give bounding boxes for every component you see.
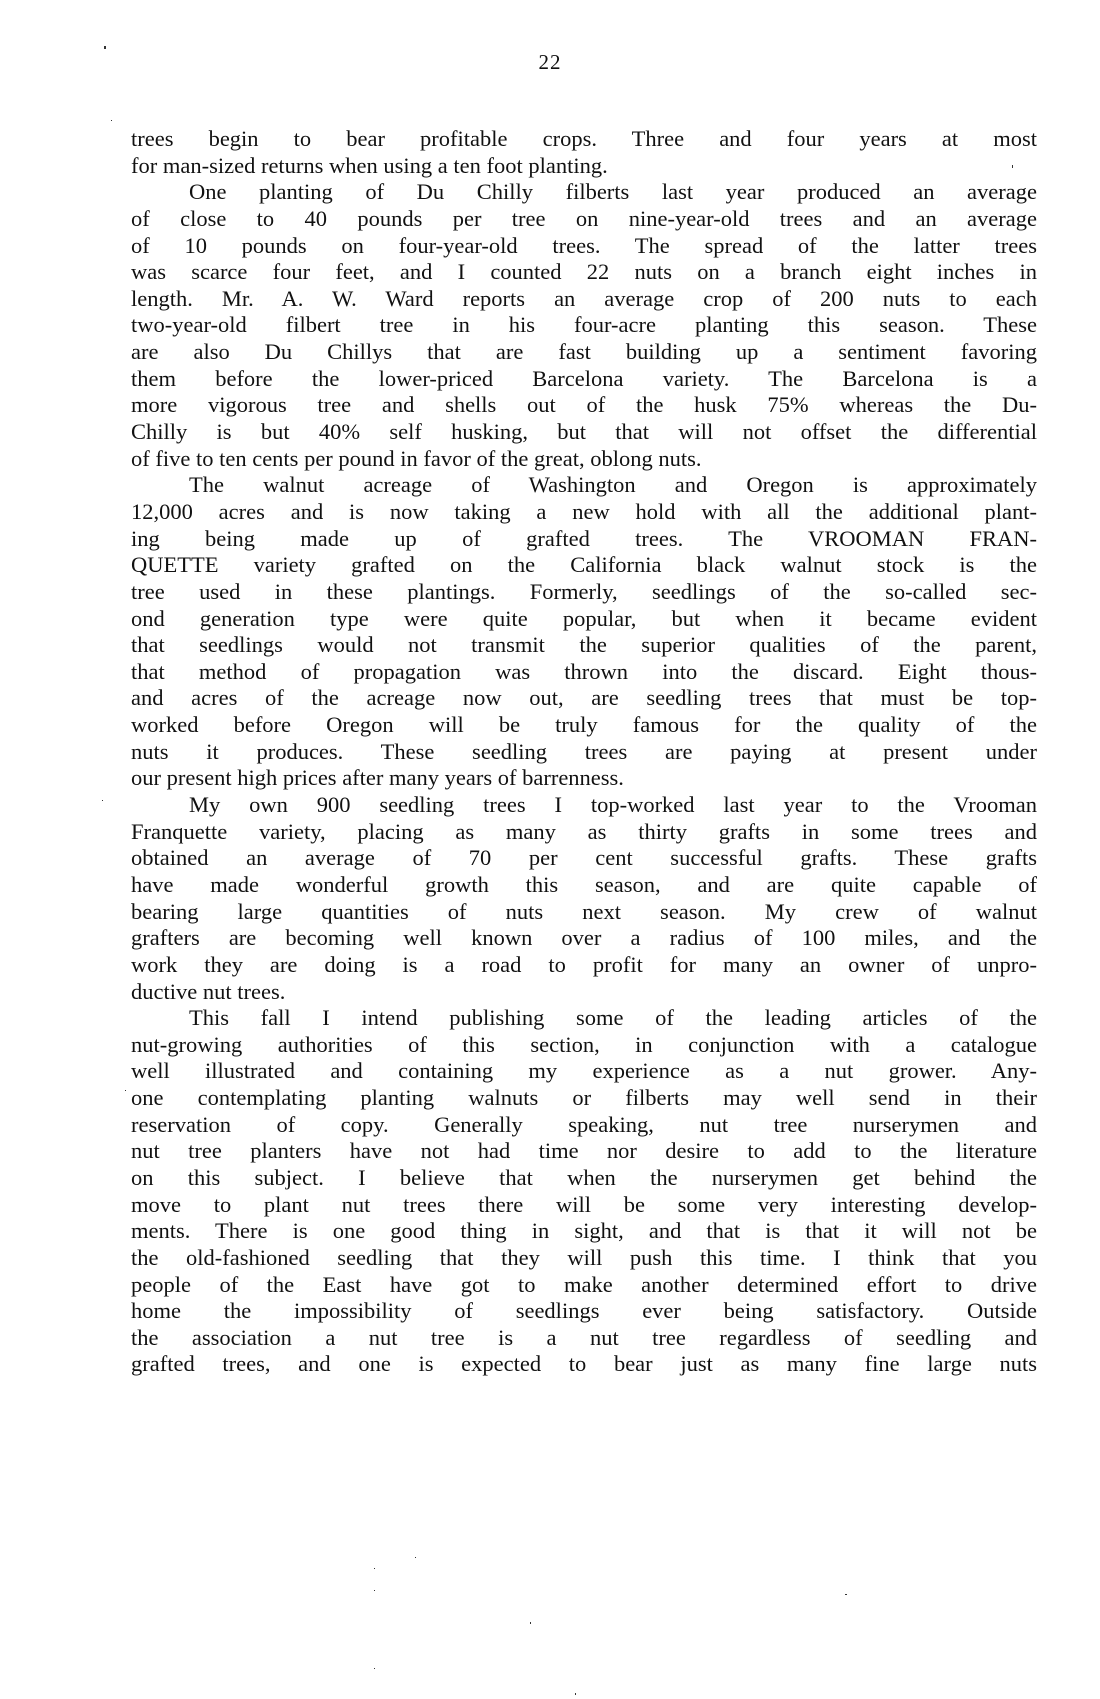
text-line: nuts it produces. These seedling trees a… xyxy=(131,739,1037,766)
scan-speck xyxy=(102,800,103,801)
scan-speck xyxy=(104,46,106,49)
scan-speck xyxy=(125,1090,126,1091)
text-line: have made wonderful growth this season, … xyxy=(131,872,1037,899)
text-line: nut-growing authorities of this section,… xyxy=(131,1032,1037,1059)
text-line: well illustrated and containing my exper… xyxy=(131,1058,1037,1085)
scan-speck xyxy=(111,120,112,121)
text-line: Chilly is but 40% self husking, but that… xyxy=(131,419,1037,446)
text-line: more vigorous tree and shells out of the… xyxy=(131,392,1037,419)
text-line: worked before Oregon will be truly famou… xyxy=(131,712,1037,739)
text-line: trees begin to bear profitable crops. Th… xyxy=(131,126,1037,153)
text-line: grafted trees, and one is expected to be… xyxy=(131,1351,1037,1378)
text-line: obtained an average of 70 per cent succe… xyxy=(131,845,1037,872)
text-line: that method of propagation was thrown in… xyxy=(131,659,1037,686)
scan-speck xyxy=(530,1622,531,1624)
scan-speck xyxy=(374,1590,375,1591)
scan-speck xyxy=(374,1568,375,1569)
text-line: are also Du Chillys that are fast buildi… xyxy=(131,339,1037,366)
text-line: reservation of copy. Generally speaking,… xyxy=(131,1112,1037,1139)
text-line: 12,000 acres and is now taking a new hol… xyxy=(131,499,1037,526)
body-text: trees begin to bear profitable crops. Th… xyxy=(131,126,1037,1378)
text-line: people of the East have got to make anot… xyxy=(131,1272,1037,1299)
text-line: nut tree planters have not had time nor … xyxy=(131,1138,1037,1165)
text-line: work they are doing is a road to profit … xyxy=(131,952,1037,979)
text-line: the association a nut tree is a nut tree… xyxy=(131,1325,1037,1352)
text-line: My own 900 seedling trees I top-worked l… xyxy=(131,792,1037,819)
text-line: This fall I intend publishing some of th… xyxy=(131,1005,1037,1032)
scanned-book-page: 22 trees begin to bear profitable crops.… xyxy=(0,0,1100,1699)
text-line: The walnut acreage of Washington and Ore… xyxy=(131,472,1037,499)
text-line: ing being made up of grafted trees. The … xyxy=(131,526,1037,553)
text-line: and acres of the acreage now out, are se… xyxy=(131,685,1037,712)
text-line: one contemplating planting walnuts or fi… xyxy=(131,1085,1037,1112)
text-line: Franquette variety, placing as many as t… xyxy=(131,819,1037,846)
text-line: bearing large quantities of nuts next se… xyxy=(131,899,1037,926)
page-number: 22 xyxy=(0,50,1100,75)
text-line: for man-sized returns when using a ten f… xyxy=(131,153,1037,180)
text-line: of five to ten cents per pound in favor … xyxy=(131,446,1037,473)
text-line: length. Mr. A. W. Ward reports an averag… xyxy=(131,286,1037,313)
scan-speck xyxy=(845,1594,847,1595)
text-line: tree used in these plantings. Formerly, … xyxy=(131,579,1037,606)
text-line: home the impossibility of seedlings ever… xyxy=(131,1298,1037,1325)
text-line: that seedlings would not transmit the su… xyxy=(131,632,1037,659)
text-line: on this subject. I believe that when the… xyxy=(131,1165,1037,1192)
text-line: ond generation type were quite popular, … xyxy=(131,606,1037,633)
scan-speck xyxy=(374,1668,375,1669)
text-line: grafters are becoming well known over a … xyxy=(131,925,1037,952)
text-line: ductive nut trees. xyxy=(131,979,1037,1006)
text-line: move to plant nut trees there will be so… xyxy=(131,1192,1037,1219)
scan-speck xyxy=(1012,165,1013,168)
text-line: QUETTE variety grafted on the California… xyxy=(131,552,1037,579)
scan-speck xyxy=(415,1557,416,1558)
text-line: was scarce four feet, and I counted 22 n… xyxy=(131,259,1037,286)
text-line: ments. There is one good thing in sight,… xyxy=(131,1218,1037,1245)
text-line: two-year-old filbert tree in his four-ac… xyxy=(131,312,1037,339)
text-line: the old-fashioned seedling that they wil… xyxy=(131,1245,1037,1272)
text-line: One planting of Du Chilly filberts last … xyxy=(131,179,1037,206)
text-line: them before the lower-priced Barcelona v… xyxy=(131,366,1037,393)
text-line: our present high prices after many years… xyxy=(131,765,1037,792)
scan-speck xyxy=(575,1693,576,1695)
text-line: of close to 40 pounds per tree on nine-y… xyxy=(131,206,1037,233)
text-line: of 10 pounds on four-year-old trees. The… xyxy=(131,233,1037,260)
